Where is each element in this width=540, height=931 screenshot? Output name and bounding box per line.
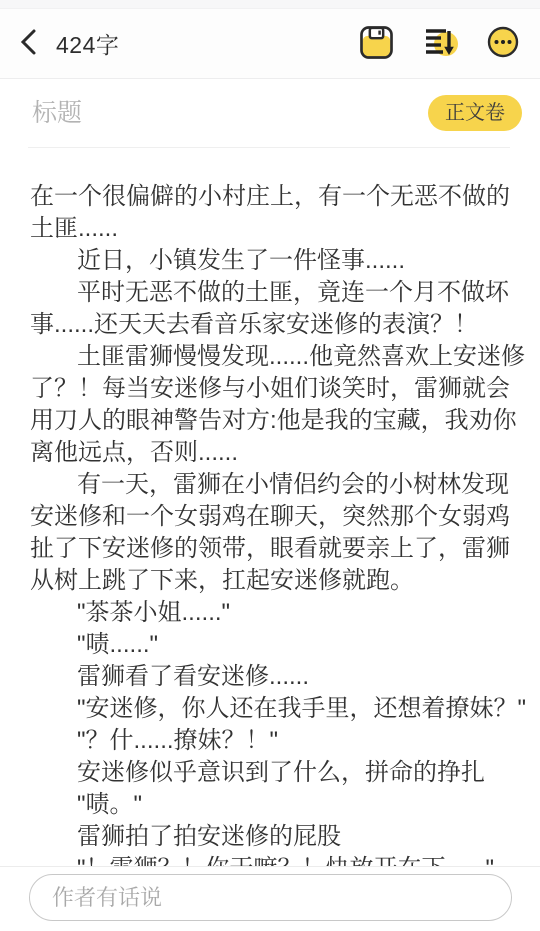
toolbar-left: 424字 xyxy=(0,27,358,61)
author-note-input[interactable] xyxy=(29,874,512,921)
novel-editor-screen: 424字 xyxy=(0,0,540,931)
more-options-button[interactable] xyxy=(485,24,521,63)
top-toolbar: 424字 xyxy=(0,9,540,79)
save-button[interactable] xyxy=(358,24,395,64)
body-line: 近日，小镇发生了一件怪事...... xyxy=(30,245,516,277)
chapter-body-editor[interactable]: 在一个很偏僻的小村庄上，有一个无恶不做的 土匪...... 近日，小镇发生了一件… xyxy=(0,148,540,866)
body-line: "！雷狮？！你干嘛？！快放开在下......" xyxy=(30,853,516,866)
body-line: 平时无恶不做的土匪，竟连一个月不做坏 xyxy=(30,277,516,309)
ellipsis-circle-icon xyxy=(485,24,521,63)
body-line: "啧......" xyxy=(30,629,516,661)
body-line: 有一天，雷狮在小情侣约会的小树林发现 xyxy=(30,469,516,501)
back-button[interactable] xyxy=(14,27,44,61)
body-line: 在一个很偏僻的小村庄上，有一个无恶不做的 xyxy=(30,181,516,213)
body-line: 雷狮看了看安迷修...... xyxy=(30,661,516,693)
body-line: 了？！每当安迷修与小姐们谈笑时，雷狮就会 xyxy=(30,373,516,405)
chevron-left-icon xyxy=(18,28,40,59)
toolbar-right xyxy=(358,24,540,64)
body-line: 离他远点，否则...... xyxy=(30,437,516,469)
body-line: 土匪雷狮慢慢发现......他竟然喜欢上安迷修 xyxy=(30,341,516,373)
author-note-bar xyxy=(0,866,540,931)
body-line: "茶茶小姐......" xyxy=(30,597,516,629)
body-line: 事......还天天去看音乐家安迷修的表演？！ xyxy=(30,309,516,341)
body-line: "安迷修，你人还在我手里，还想着撩妹？" xyxy=(30,693,516,725)
save-floppy-icon xyxy=(358,24,395,64)
body-line: 雷狮拍了拍安迷修的屁股 xyxy=(30,821,516,853)
body-line: 安迷修似乎意识到了什么，拼命的挣扎 xyxy=(30,757,516,789)
sort-lines-down-arrow-icon xyxy=(421,24,459,63)
chapter-title-row: 正文卷 xyxy=(0,79,540,147)
body-line: "？什......撩妹？！" xyxy=(30,725,516,757)
sort-chapters-button[interactable] xyxy=(421,24,459,63)
word-count-label: 424字 xyxy=(56,27,119,60)
body-line: 扯了下安迷修的领带，眼看就要亲上了，雷狮 xyxy=(30,533,516,565)
body-line: 安迷修和一个女弱鸡在聊天，突然那个女弱鸡 xyxy=(30,501,516,533)
chapter-title-input[interactable] xyxy=(30,98,428,129)
status-strip xyxy=(0,0,540,9)
body-line: 用刀人的眼神警告对方:他是我的宝藏，我劝你 xyxy=(30,405,516,437)
volume-select-badge[interactable]: 正文卷 xyxy=(428,95,522,131)
body-line: 土匪...... xyxy=(30,213,516,245)
body-line: "啧。" xyxy=(30,789,516,821)
body-line: 从树上跳了下来，扛起安迷修就跑。 xyxy=(30,565,516,597)
